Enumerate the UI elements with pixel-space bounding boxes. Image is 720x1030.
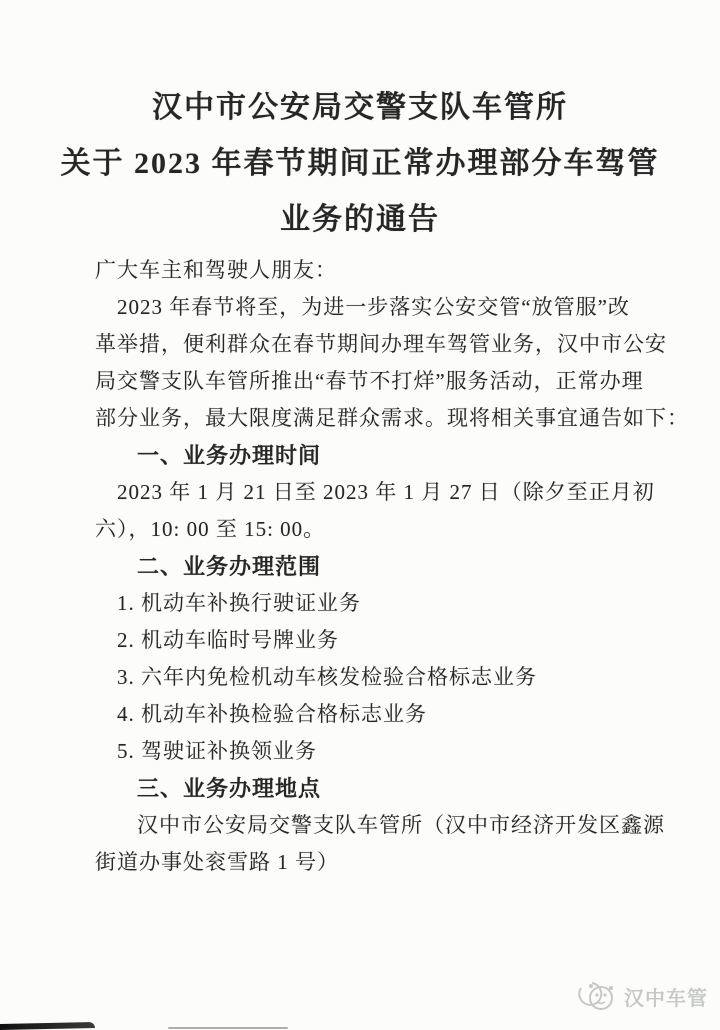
notice-title-line-2: 关于 2023 年春节期间正常办理部分车驾管: [0, 136, 720, 192]
notice-body-line: 三、业务办理地点: [95, 770, 640, 807]
notice-body-line: 广大车主和驾驶人朋友：: [95, 252, 640, 289]
notice-title-line-3: 业务的通告: [0, 192, 720, 248]
notice-body-line: 2023 年 1 月 21 日至 2023 年 1 月 27 日（除夕至正月初: [95, 474, 640, 511]
notice-body-line: 5. 驾驶证补换领业务: [95, 733, 640, 770]
account-watermark: 汉中车管: [575, 980, 708, 1012]
watermark-label: 汉中车管: [624, 982, 708, 1011]
notice-body-line: 一、业务办理时间: [95, 437, 640, 474]
notice-title: 汉中市公安局交警支队车管所 关于 2023 年春节期间正常办理部分车驾管 业务的…: [0, 80, 720, 248]
notice-body-line: 1. 机动车补换行驶证业务: [95, 585, 640, 622]
notice-body-line: 二、业务办理范围: [95, 548, 640, 585]
scan-edge-artifact-left: [0, 1022, 95, 1030]
notice-body-line: 2. 机动车临时号牌业务: [95, 622, 640, 659]
notice-body-line: 部分业务，最大限度满足群众需求。现将相关事宜通告如下：: [95, 400, 640, 437]
notice-body-line: 局交警支队车管所推出“春节不打烊”服务活动，正常办理: [95, 363, 640, 400]
notice-body: 广大车主和驾驶人朋友：2023 年春节将至，为进一步落实公安交管“放管服”改革举…: [95, 252, 640, 881]
scan-edge-artifact-faint: [168, 1027, 288, 1029]
notice-body-line: 汉中市公安局交警支队车管所（汉中市经济开发区鑫源: [95, 807, 640, 844]
notice-body-line: 六），10: 00 至 15: 00。: [95, 511, 640, 548]
notice-body-line: 3. 六年内免检机动车核发检验合格标志业务: [95, 659, 640, 696]
notice-body-line: 革举措，便利群众在春节期间办理车驾管业务，汉中市公安: [95, 326, 640, 363]
notice-body-line: 街道办事处衮雪路 1 号）: [95, 844, 640, 881]
panda-mascot-logo-icon: [575, 980, 619, 1012]
notice-title-line-1: 汉中市公安局交警支队车管所: [0, 80, 720, 136]
notice-body-line: 4. 机动车补换检验合格标志业务: [95, 696, 640, 733]
notice-body-line: 2023 年春节将至，为进一步落实公安交管“放管服”改: [95, 289, 640, 326]
scanned-notice-page: 汉中市公安局交警支队车管所 关于 2023 年春节期间正常办理部分车驾管 业务的…: [0, 0, 720, 1030]
